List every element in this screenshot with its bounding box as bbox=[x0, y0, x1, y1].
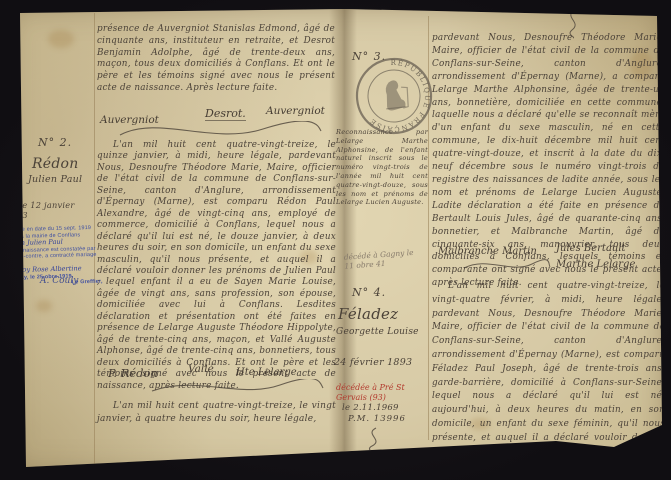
photographed-register-spread: présence de Auvergniot Stanislas Edmond,… bbox=[0, 0, 671, 480]
acte2-signature-redon: P. Rédon bbox=[108, 366, 158, 380]
margin-paraph bbox=[360, 426, 386, 460]
signature-flourish bbox=[462, 258, 552, 274]
acte4-death-ref-pm: P.M. 13996 bbox=[348, 414, 406, 424]
clerk-signature: A. Couly bbox=[40, 276, 78, 286]
acte3-signature-lelarge: Marthe Lelarge bbox=[556, 259, 635, 270]
acte4-death-date: le 2.11.1969 bbox=[342, 403, 399, 413]
acte1-signature-auvergniot-2: Auvergniot bbox=[266, 105, 325, 117]
acte2-signature-valle: Vallé bbox=[188, 363, 214, 375]
acte4-death-note-red: décédée à Pré St Gervais (93) bbox=[336, 383, 426, 402]
acte4-margin-surname: Féladez bbox=[338, 305, 398, 323]
acte2-body-text: L'an mil huit cent quatre-vingt-treize, … bbox=[97, 140, 336, 392]
acte3-signature-bertault: Jules Bertault bbox=[556, 243, 626, 254]
corner-folio-note: 2e bbox=[545, 4, 555, 13]
acte4-margin-number: N° 4. bbox=[352, 286, 386, 299]
acte3-recognition-margin-note: Reconnaissance par Lelarge Marthe Alphon… bbox=[336, 128, 428, 207]
paper-stain bbox=[48, 30, 74, 48]
acte2-margin-given-names: Julien Paul bbox=[28, 174, 82, 185]
acte3-left-opening-text: L'an mil huit cent quatre-vingt-treize, … bbox=[97, 400, 336, 425]
acte2-margin-birth-date: né le 12 janvier 1893 bbox=[6, 200, 94, 220]
acte1-signature-desrot: Desrot. bbox=[205, 107, 246, 121]
acte4-body-text: L'an mil huit cent quatre-vingt-treize, … bbox=[432, 280, 665, 473]
acte1-closing-text: présence de Auvergniot Stanislas Edmond,… bbox=[97, 24, 335, 95]
acte2-signature-lelarge: Hte Lelarge bbox=[236, 367, 297, 378]
acte2-margin-surname: Rédon bbox=[32, 156, 78, 172]
acte2-margin-number: N° 2. bbox=[38, 136, 72, 149]
acte4-margin-given-names: Georgette Louise bbox=[336, 327, 428, 337]
seal-marianne-figure bbox=[384, 79, 406, 111]
acte4-margin-date: 24 février 1893 bbox=[334, 357, 412, 368]
register-paper: présence de Auvergniot Stanislas Edmond,… bbox=[0, 0, 671, 480]
signature-flourish bbox=[150, 379, 325, 397]
republique-francaise-seal: RÉPUBLIQUE FRANÇAISE bbox=[350, 52, 438, 140]
acte3-signature-malbranche: Malbranche Martin bbox=[438, 246, 537, 257]
paper-stain bbox=[36, 300, 52, 312]
